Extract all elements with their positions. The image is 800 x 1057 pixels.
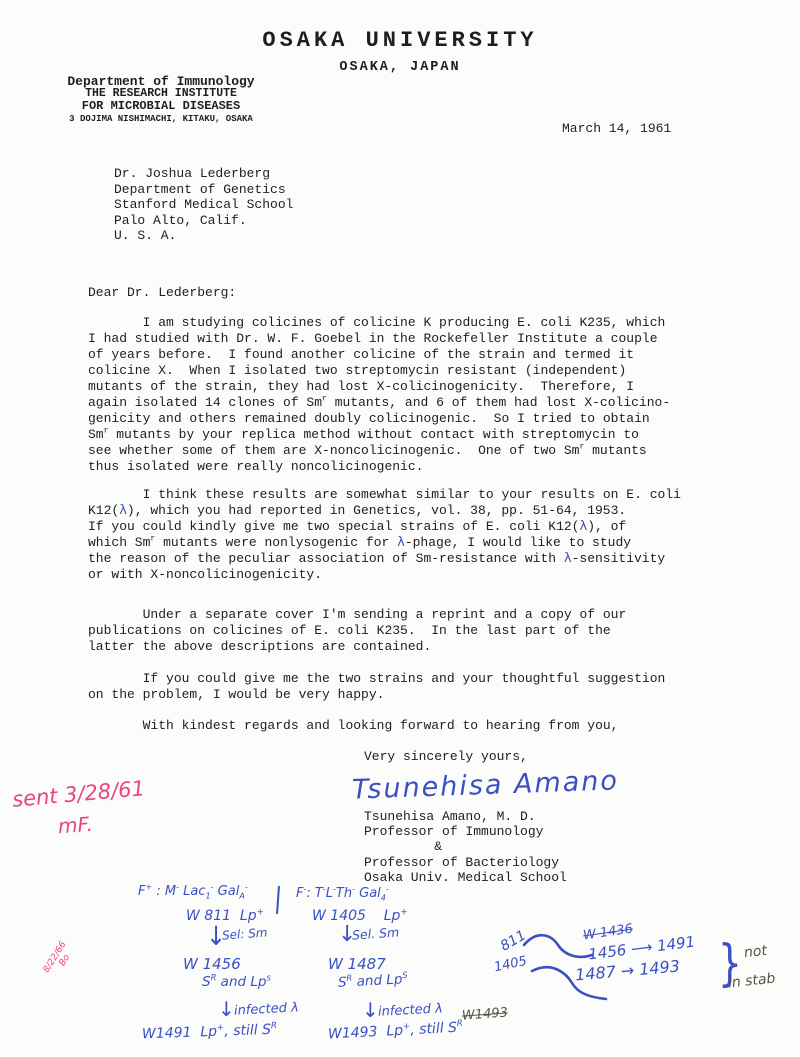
salutation: Dear Dr. Lederberg: — [88, 285, 236, 301]
note-left-selection-label: Sel: Sm — [222, 925, 268, 942]
letter-date: March 14, 1961 — [562, 121, 671, 137]
letterhead-address-line: 3 DOJIMA NISHIMACHI, KITAKU, OSAKA — [50, 113, 272, 125]
note-left-strain-w1456: W 1456 — [183, 955, 241, 973]
note-left-phenotype: SR and Lps — [202, 974, 271, 990]
sent-note-line2: mF. — [57, 812, 93, 838]
note-right-selection-label: Sel. Sm — [352, 924, 400, 942]
note-left-genotype: F+ : M- Lac1- GalA- — [138, 884, 248, 899]
note-right-genotype: F-: T-L-Th- Gal4- — [296, 886, 389, 901]
closing-line: With kindest regards and looking forward… — [88, 718, 619, 734]
letterhead-department-block: Department of Immunology THE RESEARCH IN… — [50, 75, 272, 125]
letterhead-dept-line3: FOR MICROBIAL DISEASES — [50, 100, 272, 113]
down-arrow-icon: ↓ — [218, 997, 235, 1021]
signature-typed-block: Tsunehisa Amano, M. D. Professor of Immu… — [364, 809, 567, 885]
body-paragraph-3: Under a separate cover I'm sending a rep… — [88, 607, 626, 655]
handwritten-signature: Tsunehisa Amano — [352, 765, 620, 805]
margin-mark: 8/22/66 Bo — [42, 940, 77, 980]
note-right-strain-w1487: W 1487 — [328, 955, 386, 973]
body-paragraph-4: If you could give me the two strains and… — [88, 671, 665, 703]
body-paragraph-1: I am studying colicines of colicine K pr… — [88, 315, 670, 475]
note-right-strain-w1405: W 1405 Lp+ — [312, 908, 408, 924]
note-left-strain-w1491: W1491 Lp+, still SR — [142, 1022, 278, 1043]
letter-page: OSAKA UNIVERSITY OSAKA, JAPAN Department… — [0, 0, 800, 1057]
pencil-strain-w1493: W1493 — [462, 1005, 509, 1023]
letterhead-university: OSAKA UNIVERSITY — [0, 28, 800, 53]
recipient-address: Dr. Joshua Lederberg Department of Genet… — [114, 166, 293, 244]
sent-note-line1: sent 3/28/61 — [11, 776, 146, 812]
lineage-pencil-not: not — [743, 943, 767, 961]
column-divider-stroke — [276, 886, 280, 914]
note-left-infected-label: infected λ — [234, 1000, 299, 1018]
note-right-infected-label: infected λ — [378, 1001, 443, 1019]
down-arrow-icon: ↓ — [362, 998, 379, 1022]
body-paragraph-2: I think these results are somewhat simil… — [88, 487, 681, 583]
letterhead-city: OSAKA, JAPAN — [0, 60, 800, 75]
note-right-strain-w1493: W1493 Lp+, still SR — [328, 1019, 464, 1042]
note-right-phenotype: SR and LpS — [338, 971, 409, 991]
valediction: Very sincerely yours, — [364, 749, 528, 765]
lineage-pencil-in-stab: in stab — [727, 971, 776, 992]
